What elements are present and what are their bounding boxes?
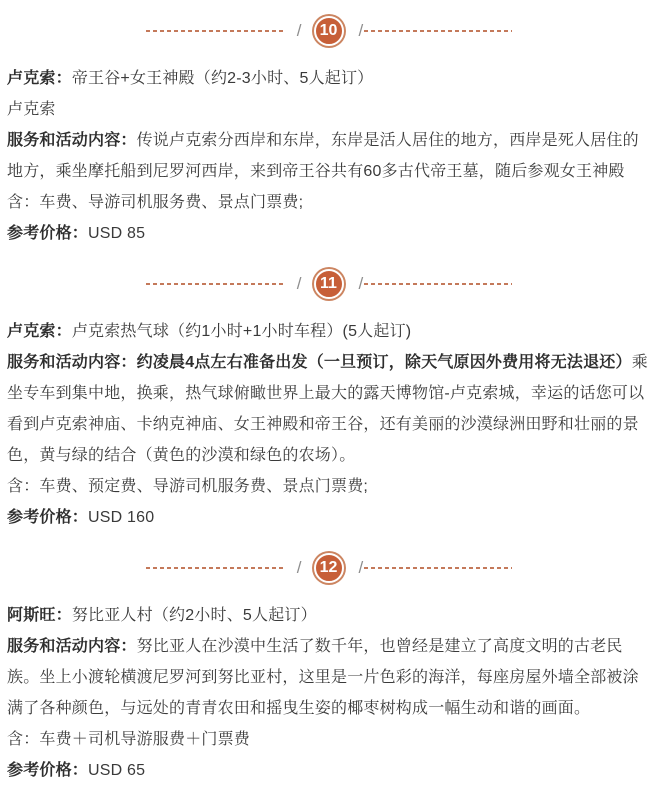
description-bold-extra: 约凌晨4点左右准备出发（一旦预订，除天气原因外费用将无法退还） xyxy=(137,354,632,371)
activity-title: 卢克索：卢克索热气球（约1小时+1小时车程）(5人起订) xyxy=(7,316,651,347)
activity-section-12: / 12 / 阿斯旺：努比亚人村（约2小时、5人起订） 服务和活动内容：努比亚人… xyxy=(7,549,651,786)
includes-line: 含：车费＋司机导游服费＋门票费 xyxy=(7,724,651,755)
activity-title-text: 努比亚人村（约2小时、5人起订） xyxy=(72,607,317,624)
price-line: 参考价格：USD 160 xyxy=(7,502,651,533)
description-label: 服务和活动内容： xyxy=(7,132,137,149)
section-divider: / 11 / xyxy=(7,265,651,303)
price-label: 参考价格： xyxy=(7,509,88,526)
divider-slash-left: / xyxy=(297,549,302,587)
activity-title: 卢克索：帝王谷+女王神殿（约2-3小时、5人起订） xyxy=(7,63,651,94)
activity-city-label: 阿斯旺： xyxy=(7,607,72,624)
price-value: USD 85 xyxy=(88,225,145,242)
section-divider: / 12 / xyxy=(7,549,651,587)
divider-slash-right: / xyxy=(359,549,364,587)
activity-subtitle: 卢克索 xyxy=(7,94,651,125)
divider-slash-right: / xyxy=(359,265,364,303)
description-label: 服务和活动内容： xyxy=(7,354,137,371)
price-line: 参考价格：USD 65 xyxy=(7,755,651,786)
activity-title-text: 帝王谷+女王神殿（约2-3小时、5人起订） xyxy=(72,70,374,87)
activity-city-label: 卢克索： xyxy=(7,70,72,87)
section-number-badge: 12 xyxy=(314,553,344,583)
activity-description: 服务和活动内容：努比亚人在沙漠中生活了数千年，也曾经是建立了高度文明的古老民族。… xyxy=(7,631,651,724)
divider-dash-right xyxy=(364,30,512,32)
price-label: 参考价格： xyxy=(7,762,88,779)
price-label: 参考价格： xyxy=(7,225,88,242)
activity-section-10: / 10 / 卢克索：帝王谷+女王神殿（约2-3小时、5人起订） 卢克索 服务和… xyxy=(7,12,651,249)
price-value: USD 65 xyxy=(88,762,145,779)
price-value: USD 160 xyxy=(88,509,154,526)
section-number-badge: 11 xyxy=(314,269,344,299)
divider-slash-left: / xyxy=(297,265,302,303)
activity-description: 服务和活动内容：传说卢克索分西岸和东岸，东岸是活人居住的地方，西岸是死人居住的地… xyxy=(7,125,651,187)
activity-title: 阿斯旺：努比亚人村（约2小时、5人起订） xyxy=(7,600,651,631)
activity-title-text: 卢克索热气球（约1小时+1小时车程）(5人起订) xyxy=(72,323,412,340)
activity-section-11: / 11 / 卢克索：卢克索热气球（约1小时+1小时车程）(5人起订) 服务和活… xyxy=(7,265,651,533)
activity-city-label: 卢克索： xyxy=(7,323,72,340)
includes-line: 含：车费、预定费、导游司机服务费、景点门票费; xyxy=(7,471,651,502)
section-number-badge: 10 xyxy=(314,16,344,46)
itinerary-page: / 10 / 卢克索：帝王谷+女王神殿（约2-3小时、5人起订） 卢克索 服务和… xyxy=(0,0,658,794)
divider-slash-left: / xyxy=(297,12,302,50)
description-label: 服务和活动内容： xyxy=(7,638,137,655)
divider-dash-right xyxy=(364,567,512,569)
divider-dash-right xyxy=(364,283,512,285)
divider-slash-right: / xyxy=(359,12,364,50)
divider-dash-left xyxy=(146,567,283,569)
section-divider: / 10 / xyxy=(7,12,651,50)
price-line: 参考价格：USD 85 xyxy=(7,218,651,249)
includes-line: 含：车费、导游司机服务费、景点门票费; xyxy=(7,187,651,218)
divider-dash-left xyxy=(146,30,283,32)
divider-dash-left xyxy=(146,283,283,285)
activity-description: 服务和活动内容：约凌晨4点左右准备出发（一旦预订，除天气原因外费用将无法退还）乘… xyxy=(7,347,651,471)
